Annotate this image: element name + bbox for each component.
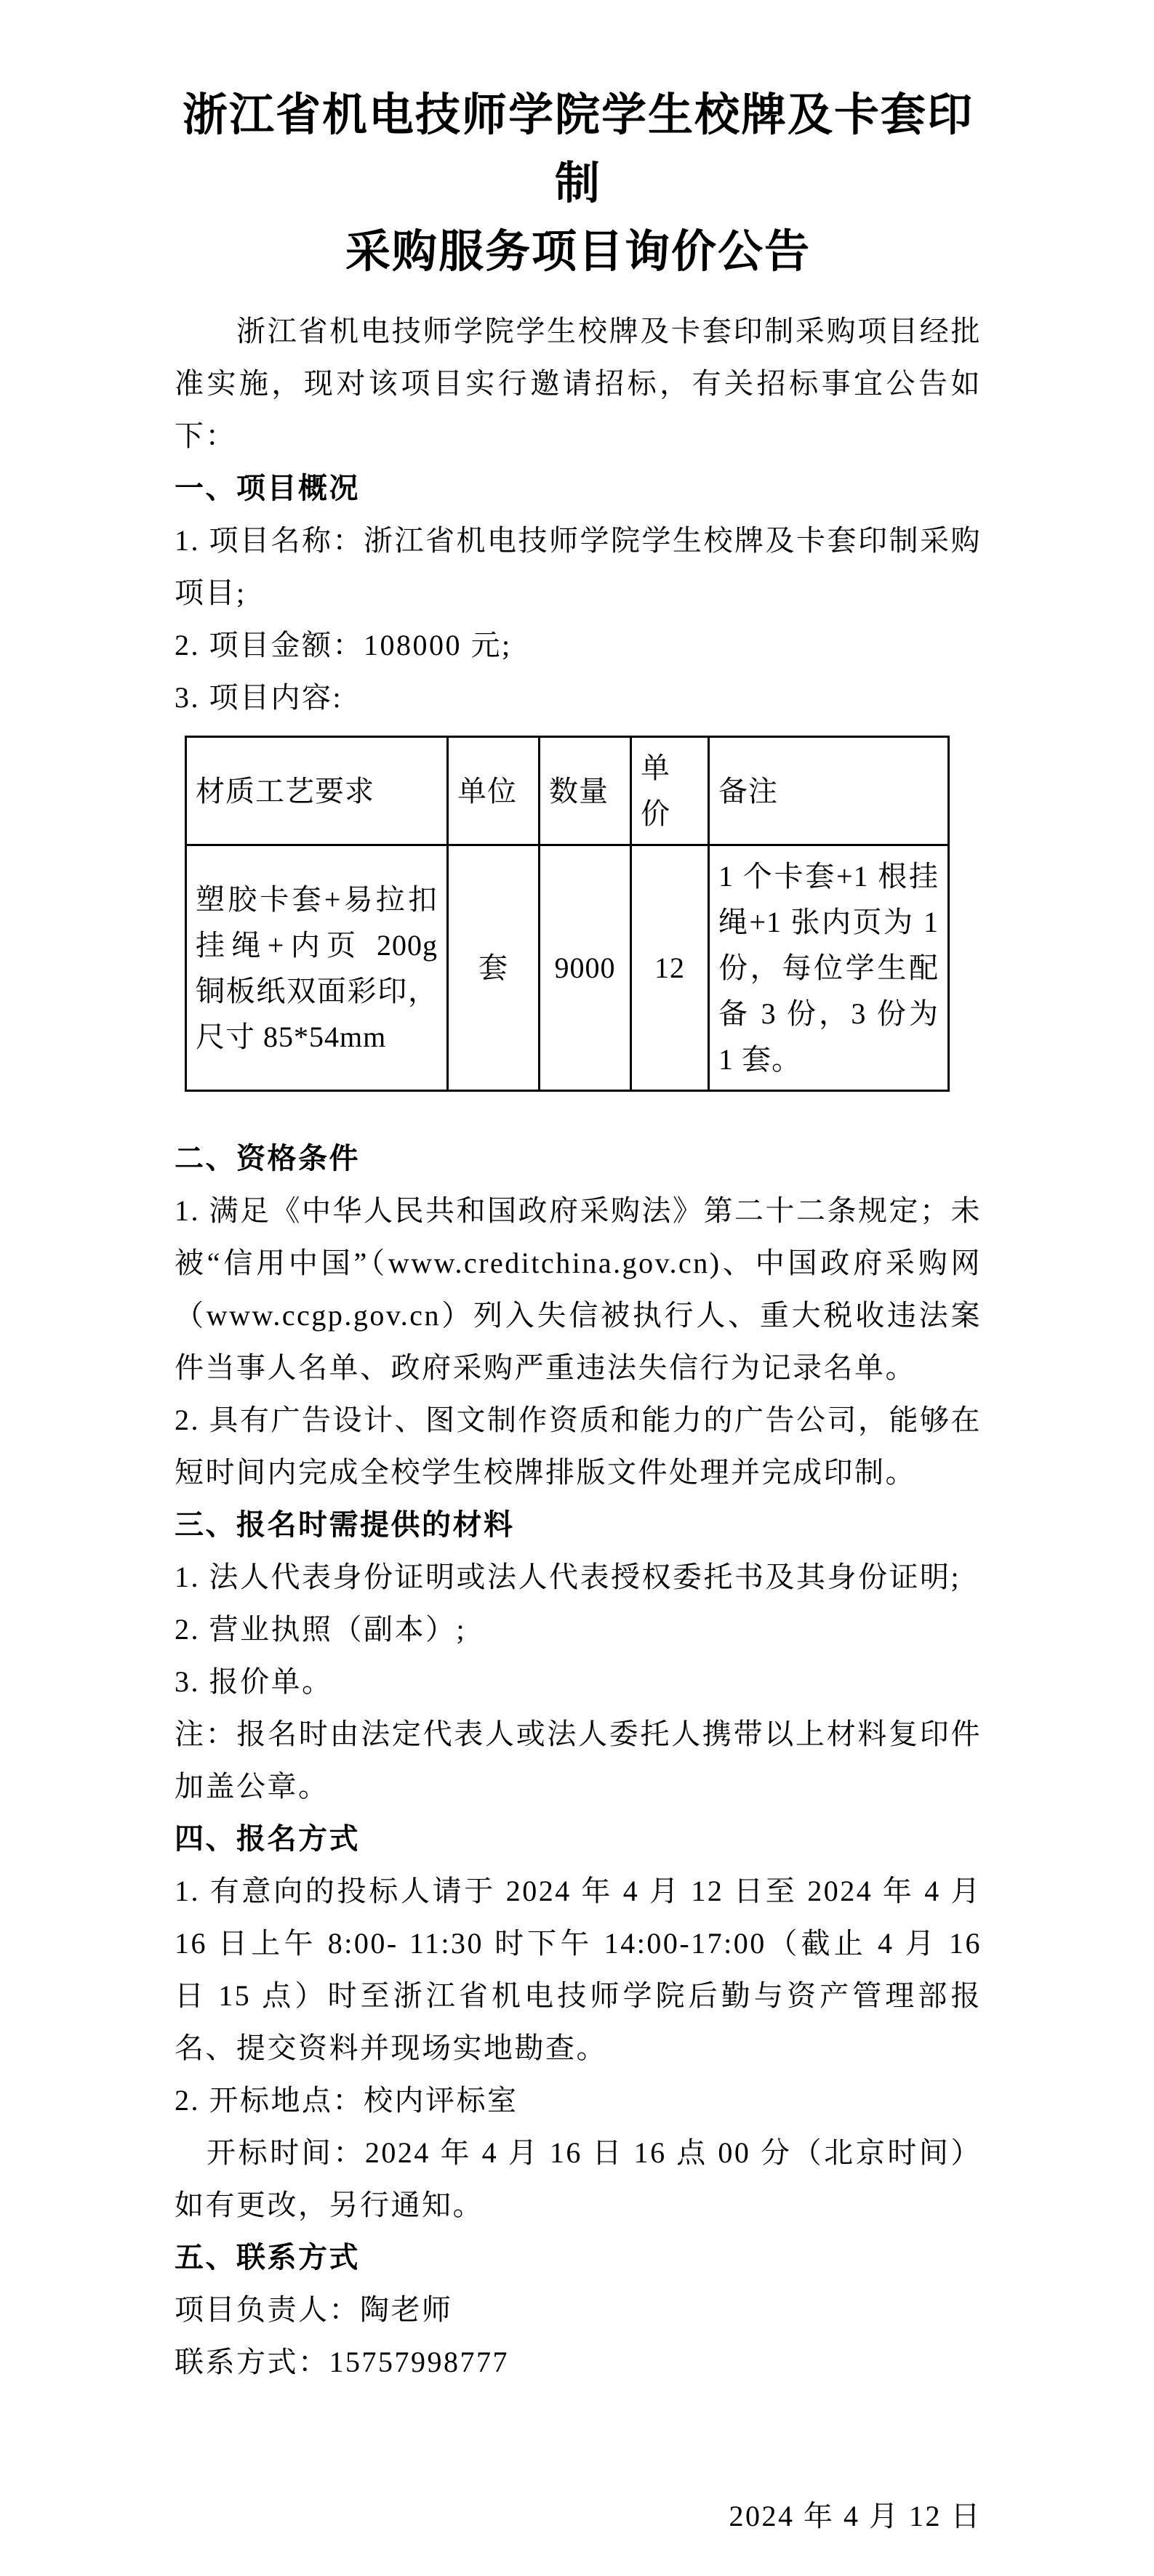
section1-item-project-content: 3. 项目内容: <box>175 672 982 724</box>
section2-item-capability-requirement: 2. 具有广告设计、图文制作资质和能力的广告公司，能够在短时间内完成全校学生校牌… <box>175 1394 982 1499</box>
table-cell-unit: 套 <box>448 845 540 1091</box>
table-cell-unit-price: 12 <box>631 845 709 1091</box>
section4-item-bid-opening-place: 2. 开标地点：校内评标室 <box>175 2074 982 2127</box>
section4-item-bid-opening-time: 开标时间：2024 年 4 月 16 日 16 点 00 分（北京时间）如有更改… <box>175 2127 982 2231</box>
page-title-line-1: 浙江省机电技师学院学生校牌及卡套印制 <box>175 81 982 218</box>
table-header-material: 材质工艺要求 <box>186 737 448 845</box>
section3-note: 注：报名时由法定代表人或法人委托人携带以上材料复印件加盖公章。 <box>175 1708 982 1813</box>
section2-heading: 二、资格条件 <box>175 1132 982 1185</box>
table-header-quantity: 数量 <box>540 737 631 845</box>
intro-paragraph: 浙江省机电技师学院学生校牌及卡套印制采购项目经批准实施，现对该项目实行邀请招标，… <box>175 305 982 462</box>
section3-heading: 三、报名时需提供的材料 <box>175 1499 982 1551</box>
section5-heading: 五、联系方式 <box>175 2231 982 2284</box>
page-title-line-2: 采购服务项目询价公告 <box>175 218 982 286</box>
section4-heading: 四、报名方式 <box>175 1813 982 1865</box>
table-row: 塑胶卡套+易拉扣挂绳+内页 200g 铜板纸双面彩印，尺寸 85*54mm 套 … <box>186 845 949 1091</box>
table-header-unit: 单位 <box>448 737 540 845</box>
table-cell-remark: 1 个卡套+1 根挂绳+1 张内页为 1 份，每位学生配备 3 份，3 份为 1… <box>709 845 949 1091</box>
project-content-table: 材质工艺要求 单位 数量 单价 备注 塑胶卡套+易拉扣挂绳+内页 200g 铜板… <box>185 736 950 1092</box>
table-cell-material: 塑胶卡套+易拉扣挂绳+内页 200g 铜板纸双面彩印，尺寸 85*54mm <box>186 845 448 1091</box>
table-header-unit-price: 单价 <box>631 737 709 845</box>
page-title: 浙江省机电技师学院学生校牌及卡套印制 采购服务项目询价公告 <box>175 81 982 286</box>
section5-item-contact-phone: 联系方式：15757998777 <box>175 2336 982 2388</box>
section1-item-project-amount: 2. 项目金额：108000 元; <box>175 619 982 672</box>
section5-item-project-leader: 项目负责人：陶老师 <box>175 2284 982 2336</box>
table-header-row: 材质工艺要求 单位 数量 单价 备注 <box>186 737 949 845</box>
table-cell-quantity: 9000 <box>540 845 631 1091</box>
section3-item-business-license: 2. 营业执照（副本）; <box>175 1603 982 1656</box>
section3-item-identity-proof: 1. 法人代表身份证明或法人代表授权委托书及其身份证明; <box>175 1551 982 1603</box>
document-date: 2024 年 4 月 12 日 <box>175 2490 982 2543</box>
section1-heading: 一、项目概况 <box>175 462 982 515</box>
section1-item-project-name: 1. 项目名称：浙江省机电技师学院学生校牌及卡套印制采购项目; <box>175 515 982 619</box>
section3-item-quotation: 3. 报价单。 <box>175 1656 982 1708</box>
section4-item-registration-period: 1. 有意向的投标人请于 2024 年 4 月 12 日至 2024 年 4 月… <box>175 1865 982 2074</box>
table-header-remark: 备注 <box>709 737 949 845</box>
section2-item-law-requirement: 1. 满足《中华人民共和国政府采购法》第二十二条规定；未被“信用中国”（www.… <box>175 1185 982 1394</box>
document-page: 浙江省机电技师学院学生校牌及卡套印制 采购服务项目询价公告 浙江省机电技师学院学… <box>0 0 1154 2576</box>
